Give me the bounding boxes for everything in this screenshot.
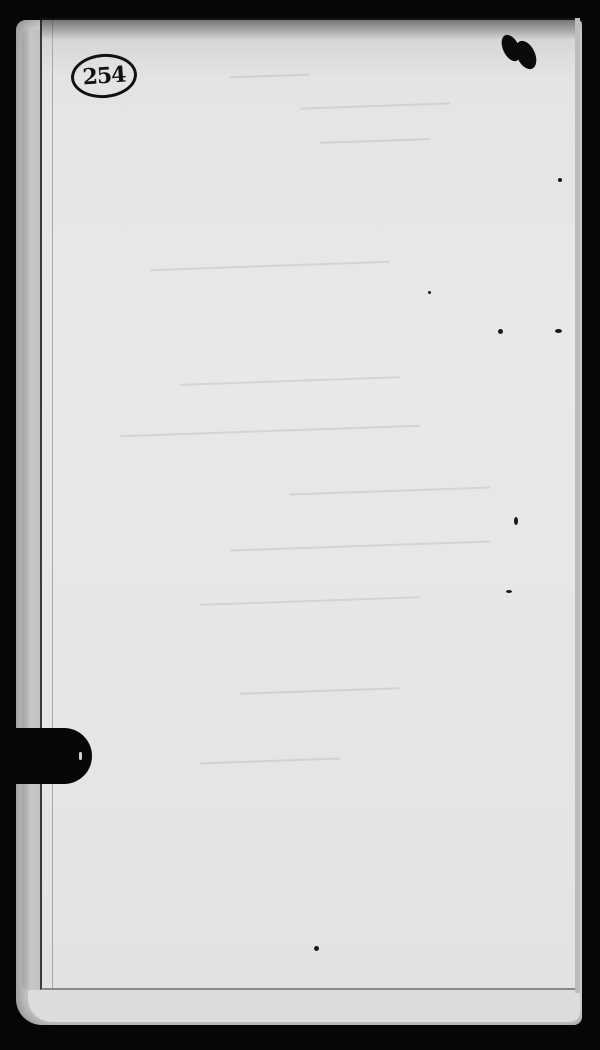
page-bottom-edge (28, 990, 580, 1022)
ink-speck (428, 291, 431, 294)
binding-clip (0, 728, 92, 784)
folio-number: 254 (82, 62, 127, 91)
ink-speck (506, 590, 512, 593)
ink-speck (314, 946, 319, 951)
page-sheet (40, 20, 580, 990)
scanned-page-image: 254 (0, 0, 600, 1050)
ink-speck (555, 329, 562, 333)
ink-speck (498, 329, 503, 334)
ink-speck (558, 178, 562, 182)
top-edge-shadow (40, 18, 580, 40)
page-right-edge (575, 18, 580, 993)
ink-speck (514, 517, 518, 525)
